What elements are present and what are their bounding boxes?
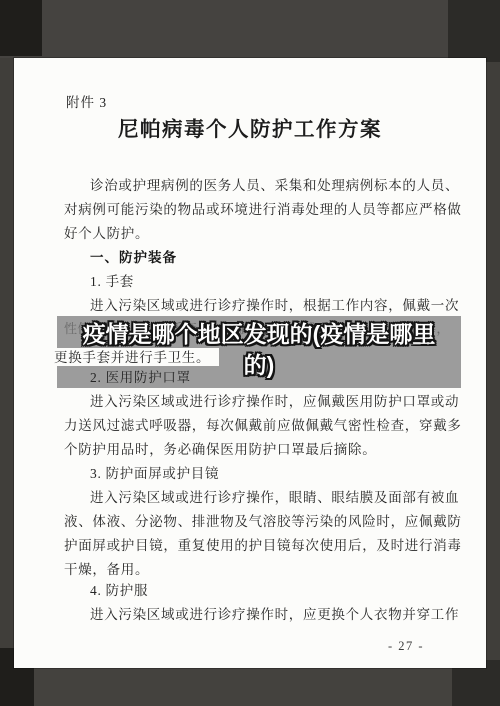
text-line: 4. 防护服 xyxy=(90,583,148,598)
watermark-text-line2: 的) xyxy=(57,352,461,378)
text-line: 护面屏或护目镜，重复使用的护目镜每次使用后，及时进行消毒 xyxy=(64,538,462,553)
text-line: 进入污染区域或进行诊疗操作时，根据工作内容，佩戴一次 xyxy=(90,298,459,313)
text-line: 干燥，备用。 xyxy=(64,562,149,577)
text-line: 一、防护装备 xyxy=(90,250,177,265)
attachment-label: 附件 3 xyxy=(66,91,107,111)
scan-frame-top xyxy=(0,0,500,58)
text-line: 液、体液、分泌物、排泄物及气溶胶等污染的风险时，应佩戴防 xyxy=(64,514,462,529)
scan-frame-bottom xyxy=(0,668,500,706)
scan-frame-corner-top-right xyxy=(448,0,500,62)
scan-frame-corner-top-left xyxy=(0,0,42,56)
document-title: 尼帕病毒个人防护工作方案 xyxy=(14,112,486,142)
text-line: 诊治或护理病例的医务人员、采集和处理病例标本的人员、 xyxy=(90,178,459,193)
watermark-text-line1: 疫情是哪个地区发现的(疫情是哪里 xyxy=(57,321,461,347)
text-line: 对病例可能污染的物品或环境进行消毒处理的人员等都应严格做 xyxy=(64,202,462,217)
text-line: 个防护用品时，务必确保医用防护口罩最后摘除。 xyxy=(64,442,376,457)
text-line: 进入污染区域或进行诊疗操作，眼睛、眼结膜及面部有被血 xyxy=(90,490,459,505)
text-line: 3. 防护面屏或护目镜 xyxy=(90,466,219,481)
text-line: 进入污染区域或进行诊疗操作时，应佩戴医用防护口罩或动 xyxy=(90,394,459,409)
text-line: 好个人防护。 xyxy=(64,226,149,241)
text-line: 进入污染区域或进行诊疗操作时，应更换个人衣物并穿工作 xyxy=(90,607,459,622)
text-line: 1. 手套 xyxy=(90,274,134,289)
page-number: - 27 - xyxy=(388,639,424,654)
screenshot-stage: 附件 3 尼帕病毒个人防护工作方案 诊治或护理病例的医务人员、采集和处理病例标本… xyxy=(0,0,500,706)
text-line: 力送风过滤式呼吸器，每次佩戴前应做佩戴气密性检查，穿戴多 xyxy=(64,418,462,433)
